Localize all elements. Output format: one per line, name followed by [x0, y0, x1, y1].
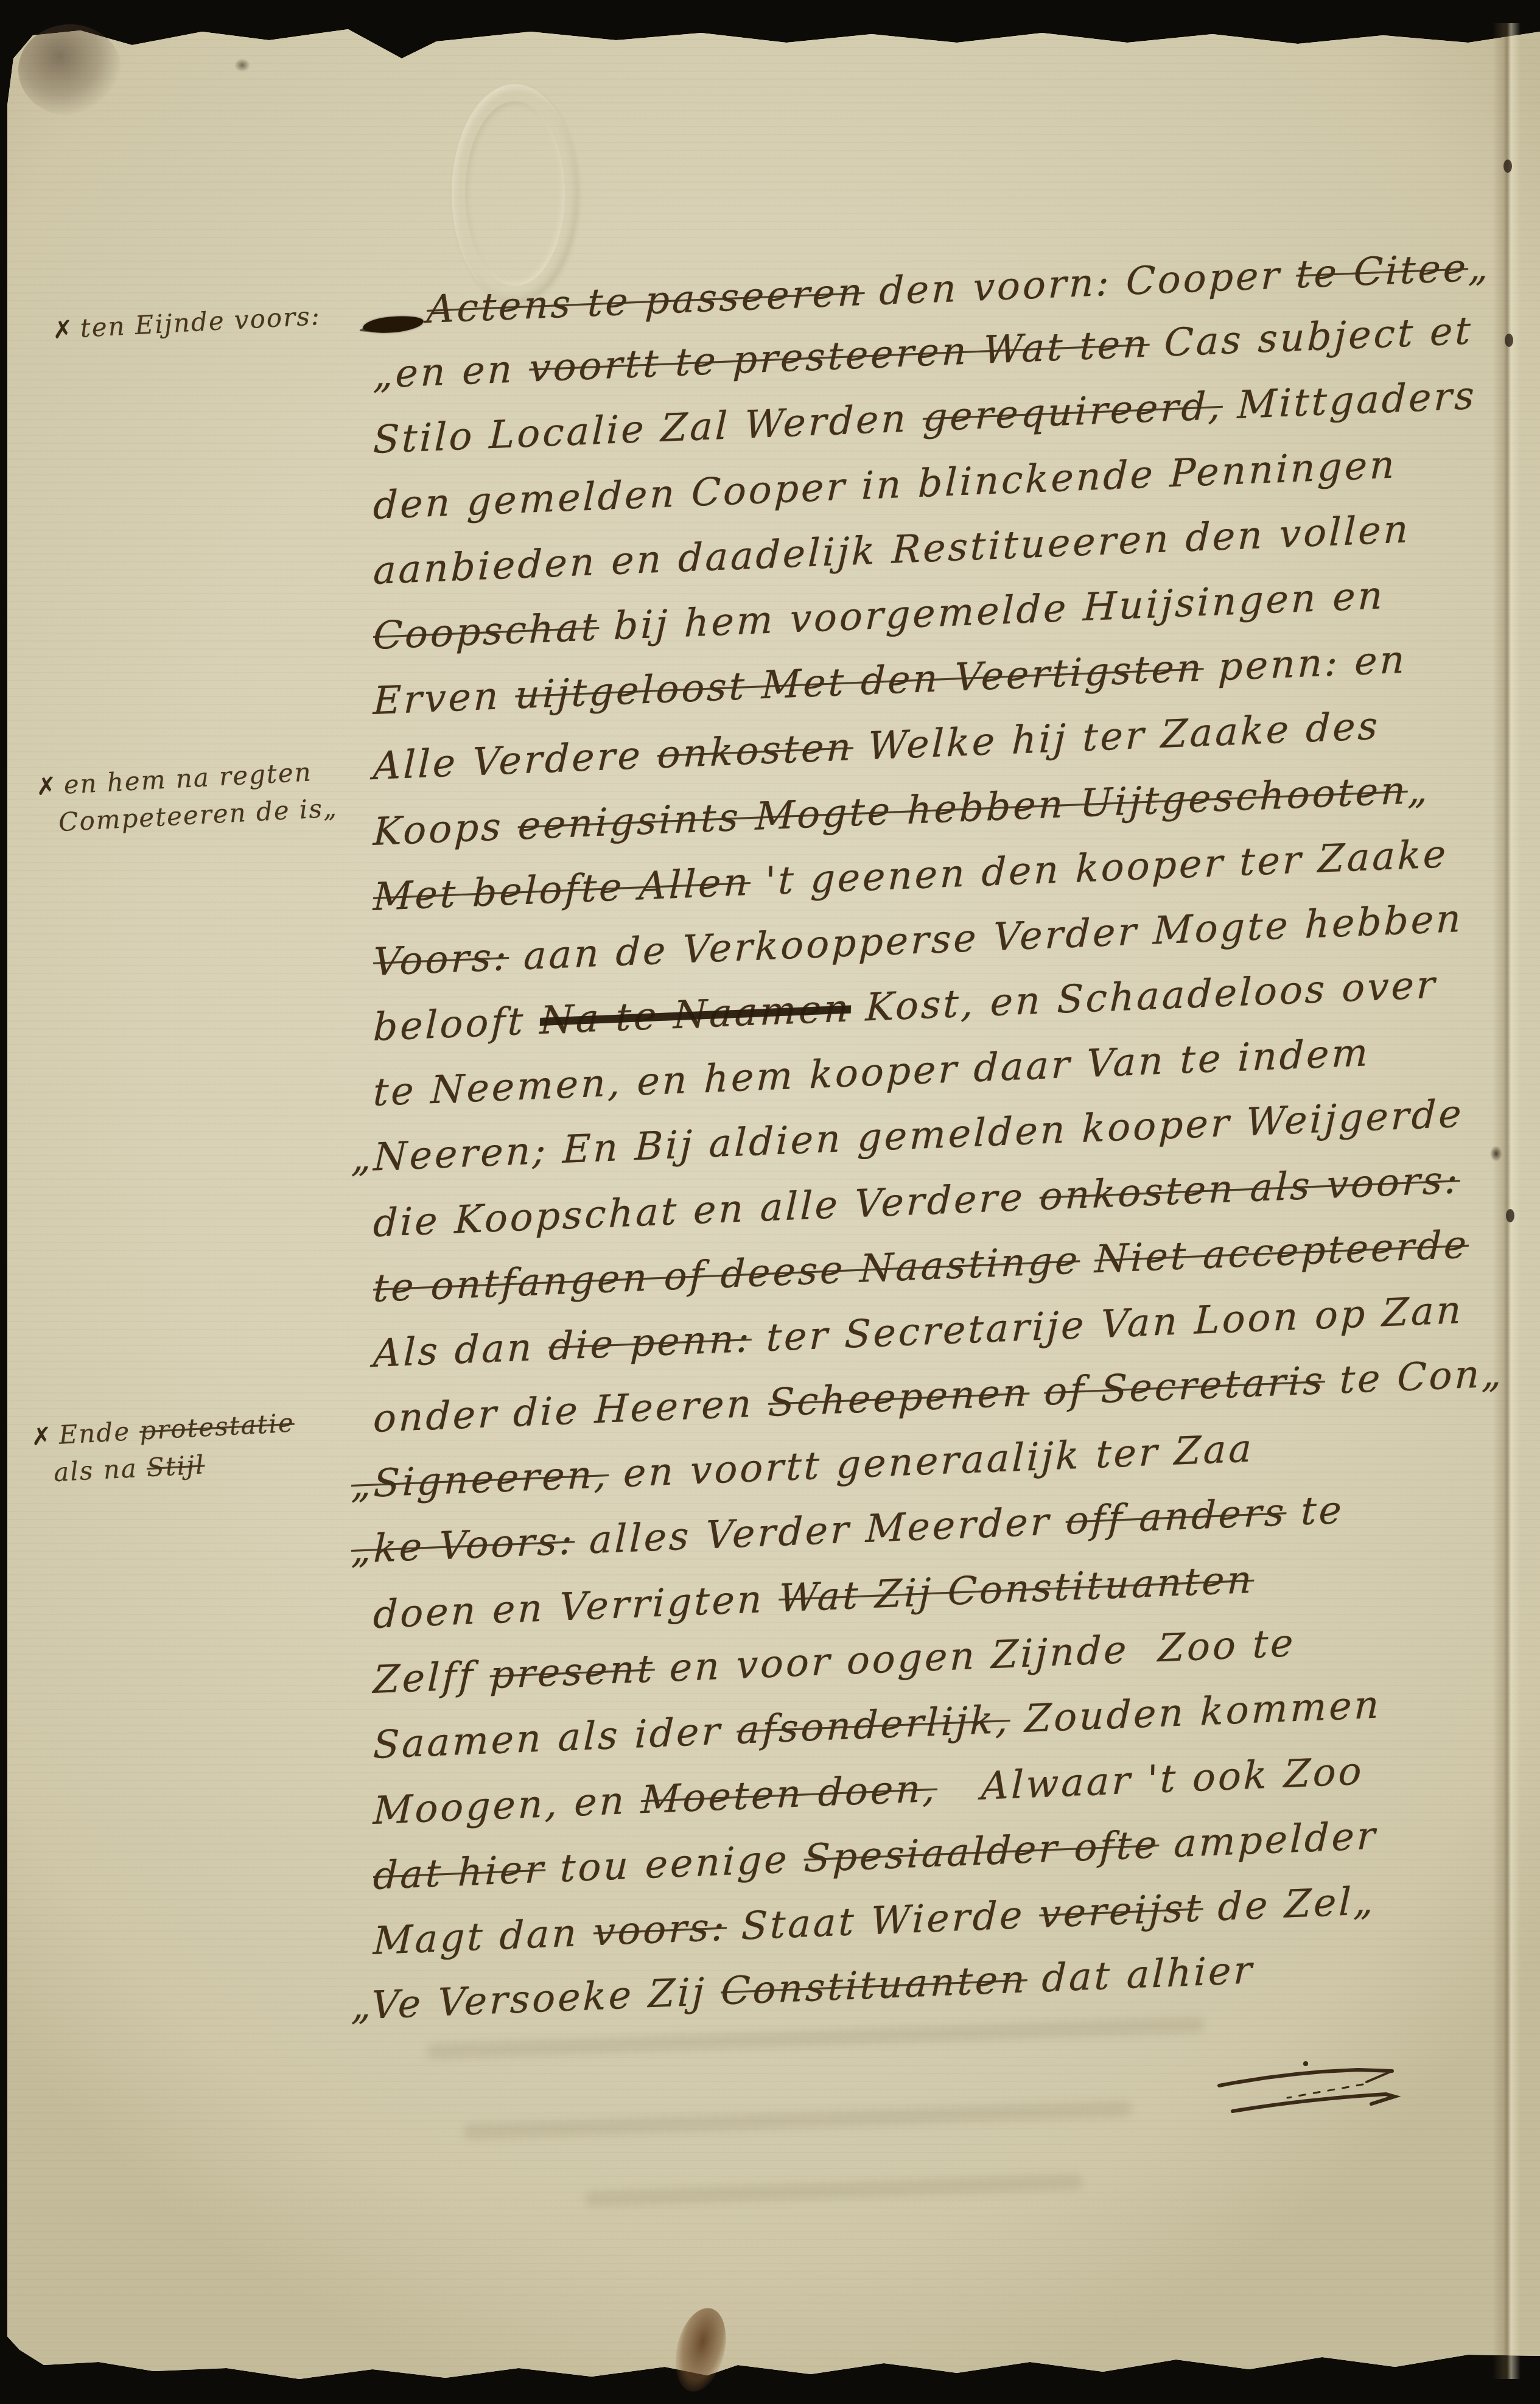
reference-mark-icon: ✗	[35, 772, 58, 801]
text-segment: „	[1407, 767, 1431, 813]
struck-text-segment: voors:	[593, 1905, 727, 1955]
struck-text-segment: Voors:	[373, 934, 509, 984]
text-segment	[1079, 1237, 1095, 1282]
paraph-flourish	[1214, 2059, 1403, 2126]
text-segment: als na	[53, 1453, 147, 1487]
text-segment: Koops	[373, 804, 519, 854]
text-segment: „en en	[373, 346, 530, 397]
struck-text-segment: Stijl	[146, 1449, 206, 1482]
reference-mark-icon: ✗	[52, 315, 75, 345]
struck-text-segment: „ke Voors:	[351, 1518, 575, 1572]
margin-note: ✗Ende protestatieals na Stijl	[30, 1405, 298, 1492]
stitch-hole	[1503, 159, 1512, 173]
text-segment	[1029, 1370, 1045, 1415]
struck-text-segment: protestatie	[139, 1408, 295, 1446]
stitch-hole	[1506, 1209, 1514, 1222]
struck-text-segment: present	[489, 1646, 656, 1697]
text-segment: Magt dan	[373, 1910, 594, 1963]
text-segment: te Con„	[1325, 1351, 1505, 1403]
struck-text-segment: onkosten	[657, 724, 854, 777]
stitch-hole	[1505, 334, 1513, 347]
text-segment: te	[1286, 1487, 1345, 1534]
struck-text-segment: Coopschat	[373, 605, 600, 658]
text-segment: Erven	[373, 673, 516, 723]
struck-text-segment: die penn:	[548, 1316, 752, 1369]
text-segment: Zelff	[373, 1653, 491, 1702]
document-scan: ✗ten Eijnde voors:✗en hem na regtenCompe…	[0, 0, 1540, 2404]
text-segment: Ende	[58, 1416, 140, 1450]
text-segment: ampelder	[1158, 1814, 1378, 1867]
struck-text-segment: off anders	[1065, 1490, 1287, 1543]
struck-text-segment: te Citee	[1295, 245, 1469, 296]
margin-note: ✗en hem na regtenCompeteeren de is„	[35, 752, 338, 842]
text-segment: de Zel„	[1203, 1879, 1376, 1930]
reference-mark-icon: ✗	[30, 1422, 54, 1451]
text-segment: penn: en	[1203, 637, 1407, 690]
text-segment: Als dan	[373, 1324, 549, 1376]
struck-text-segment: vereijst	[1038, 1885, 1204, 1936]
text-segment: dat alhier	[1027, 1947, 1255, 2001]
text-segment: „	[1468, 245, 1491, 290]
struck-text-segment: dat hier	[373, 1846, 546, 1898]
embossed-seal	[452, 84, 578, 303]
fold-crease	[1493, 23, 1521, 2379]
text-segment: belooft	[373, 998, 541, 1050]
